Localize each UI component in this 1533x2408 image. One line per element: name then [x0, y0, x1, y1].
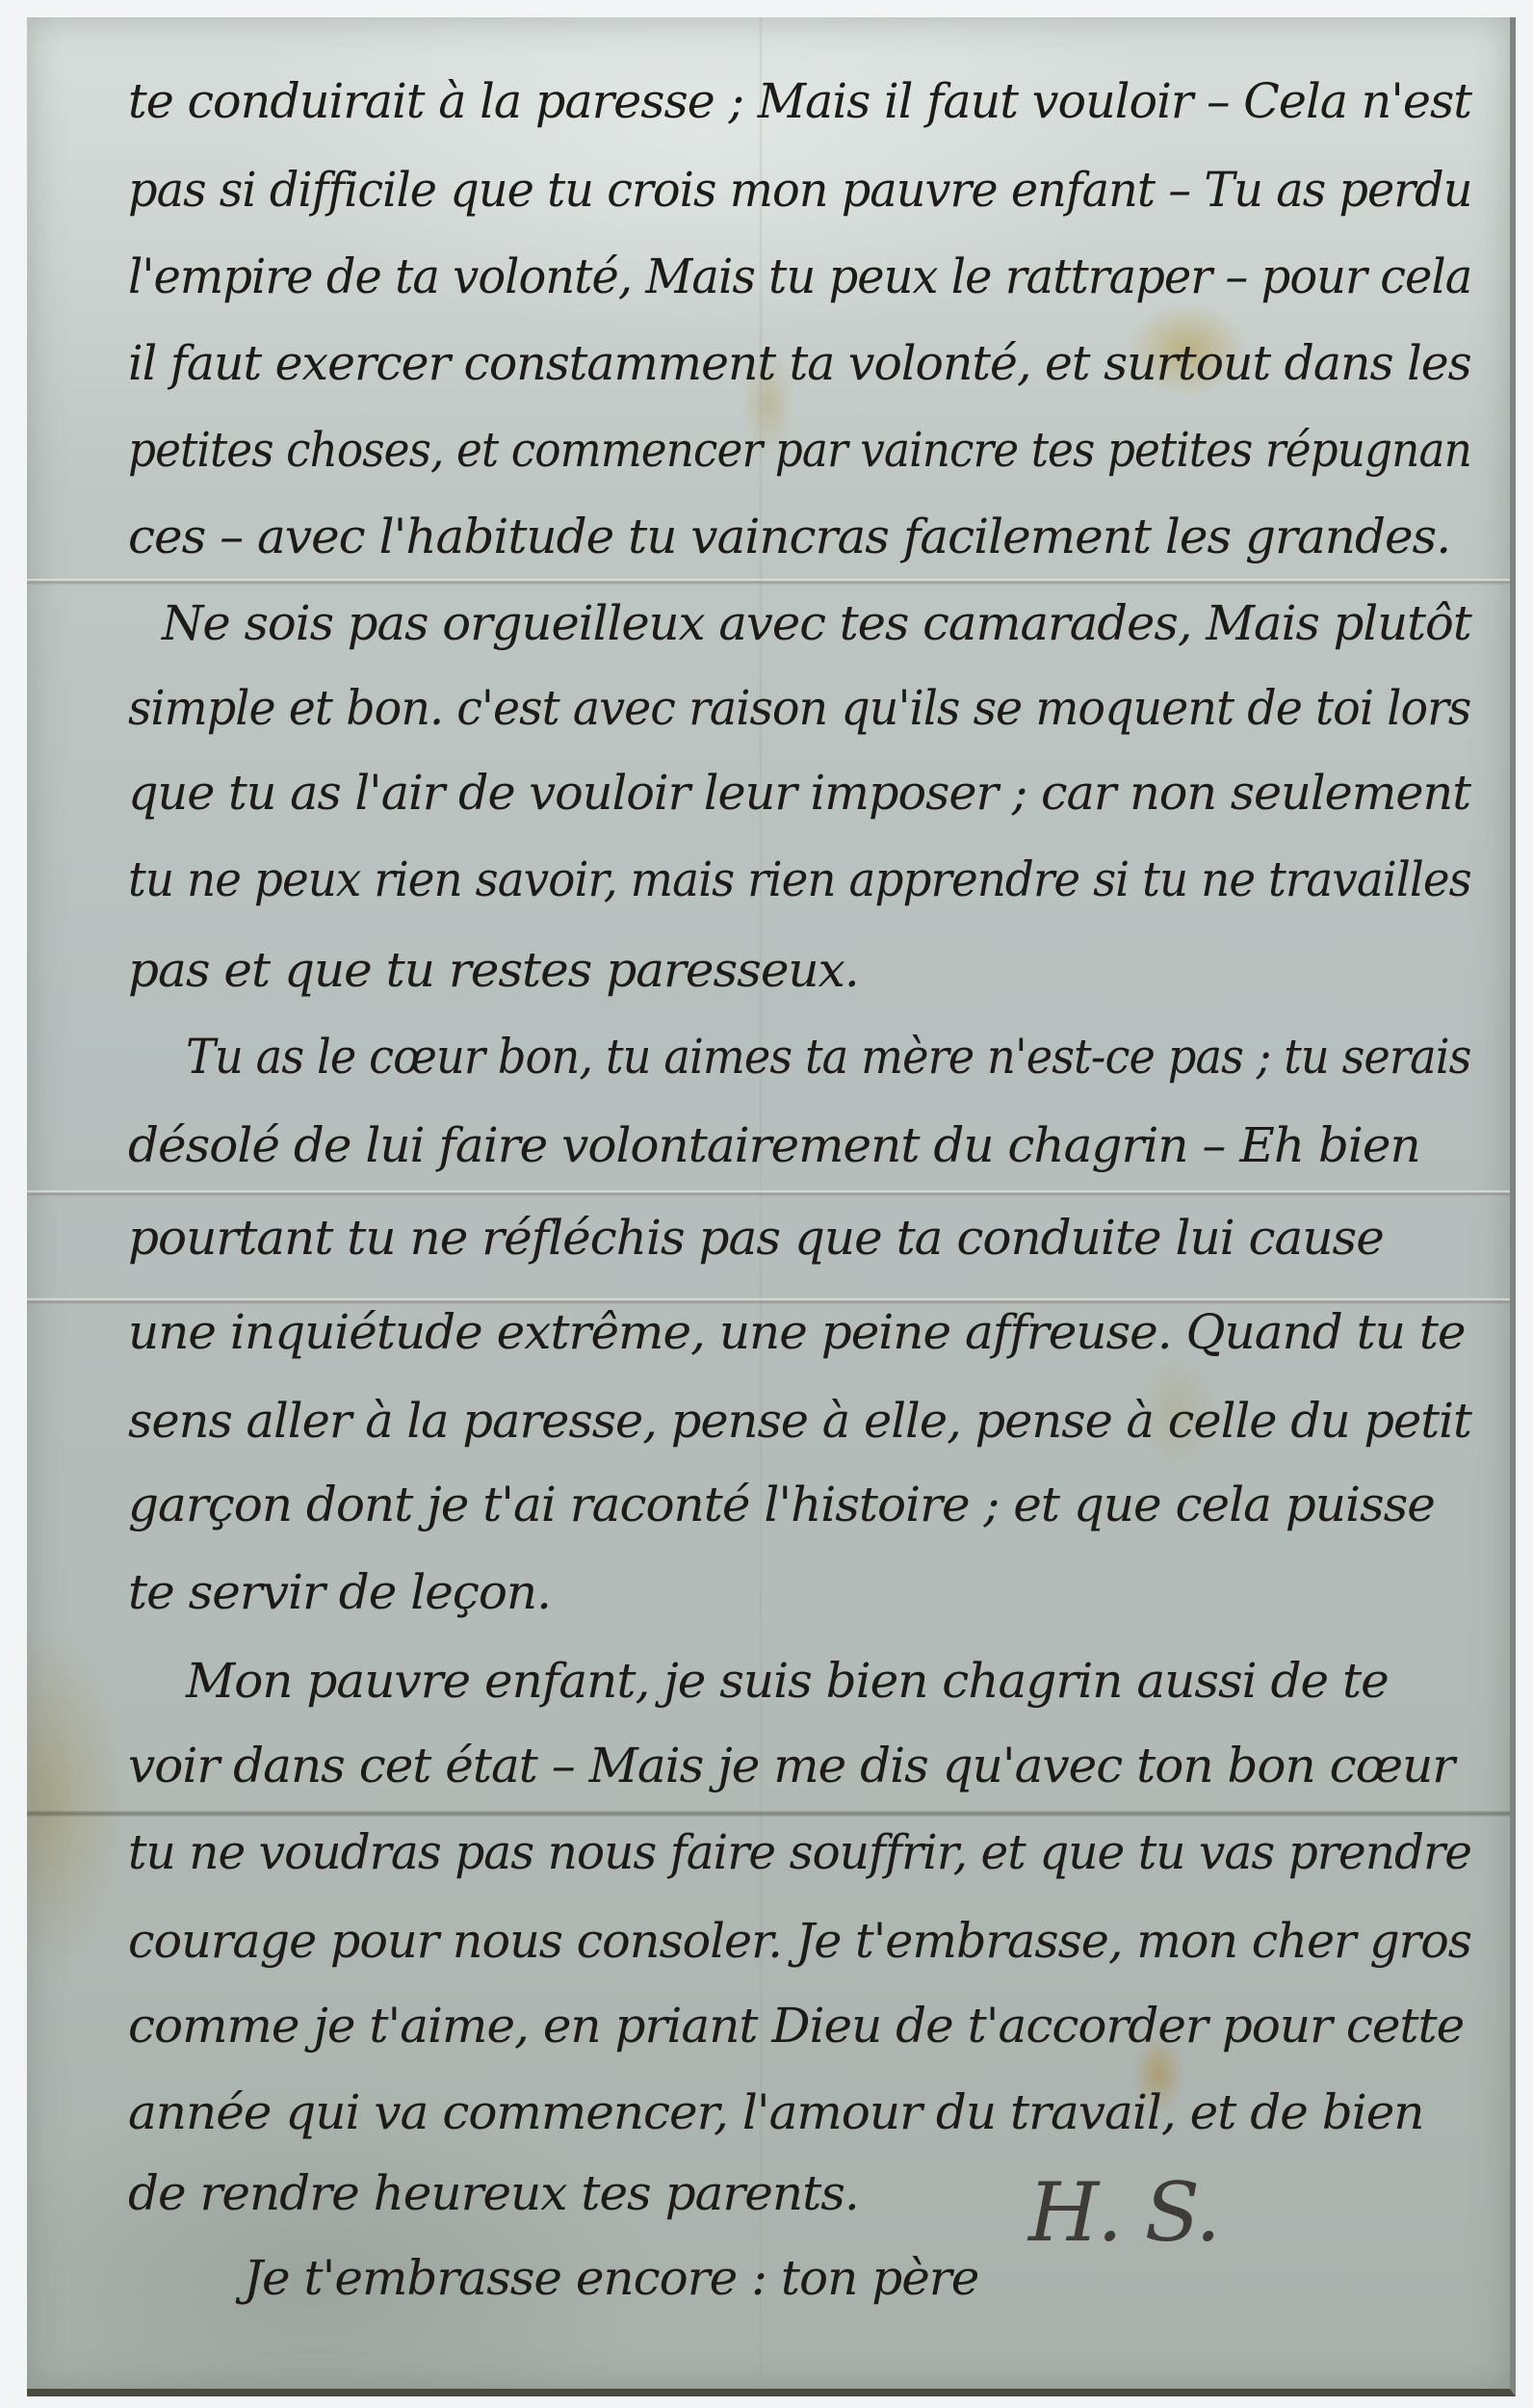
- letter-line: garçon dont je t'ai raconté l'histoire ;…: [128, 1477, 1471, 1532]
- signature: H. S.: [1028, 2165, 1219, 2260]
- letter-line: que tu as l'air de vouloir leur imposer …: [128, 765, 1450, 821]
- letter-line: il faut exercer constamment ta volonté, …: [128, 335, 1440, 391]
- letter-line: tu ne voudras pas nous faire souffrir, e…: [128, 1824, 1431, 1880]
- letter-line: te servir de leçon.: [128, 1564, 1471, 1620]
- closing-line: Je t'embrasse encore : ton père: [244, 2250, 1471, 2306]
- letter-line: Mon pauvre enfant, je suis bien chagrin …: [186, 1653, 1471, 1709]
- letter-line: ces – avec l'habitude tu vaincras facile…: [128, 509, 1471, 564]
- letter-line: petites choses, et commencer par vaincre…: [128, 422, 1346, 478]
- letter-body: te conduirait à la paresse ; Mais il fau…: [27, 17, 1510, 2389]
- letter-line: une inquiétude extrême, une peine affreu…: [128, 1304, 1471, 1360]
- letter-line: pourtant tu ne réfléchis pas que ta cond…: [128, 1210, 1471, 1266]
- letter-line: pas si difficile que tu crois mon pauvre…: [128, 162, 1410, 218]
- letter-line: courage pour nous consoler. Je t'embrass…: [128, 1913, 1448, 1969]
- letter-line: voir dans cet état – Mais je me dis qu'a…: [128, 1738, 1471, 1793]
- letter-line: sens aller à la paresse, pense à elle, p…: [128, 1393, 1455, 1449]
- letter-line: pas et que tu restes paresseux.: [128, 942, 1471, 998]
- letter-line: tu ne peux rien savoir, mais rien appren…: [128, 851, 1386, 907]
- letter-sheet: te conduirait à la paresse ; Mais il fau…: [27, 17, 1516, 2396]
- letter-line: année qui va commencer, l'amour du trava…: [128, 2084, 1471, 2140]
- letter-line: de rendre heureux tes parents.: [128, 2165, 1471, 2221]
- photo-background: te conduirait à la paresse ; Mais il fau…: [0, 0, 1533, 2408]
- letter-line: désolé de lui faire volontairement du ch…: [128, 1117, 1471, 1173]
- letter-line: te conduirait à la paresse ; Mais il fau…: [128, 73, 1448, 129]
- letter-line: comme je t'aime, en priant Dieu de t'acc…: [128, 1998, 1471, 2054]
- letter-line: Tu as le cœur bon, tu aimes ta mère n'es…: [186, 1029, 1376, 1085]
- letter-line: Ne sois pas orgueilleux avec tes camarad…: [162, 595, 1460, 651]
- letter-line: l'empire de ta volonté, Mais tu peux le …: [128, 249, 1414, 304]
- letter-line: simple et bon. c'est avec raison qu'ils …: [128, 680, 1404, 736]
